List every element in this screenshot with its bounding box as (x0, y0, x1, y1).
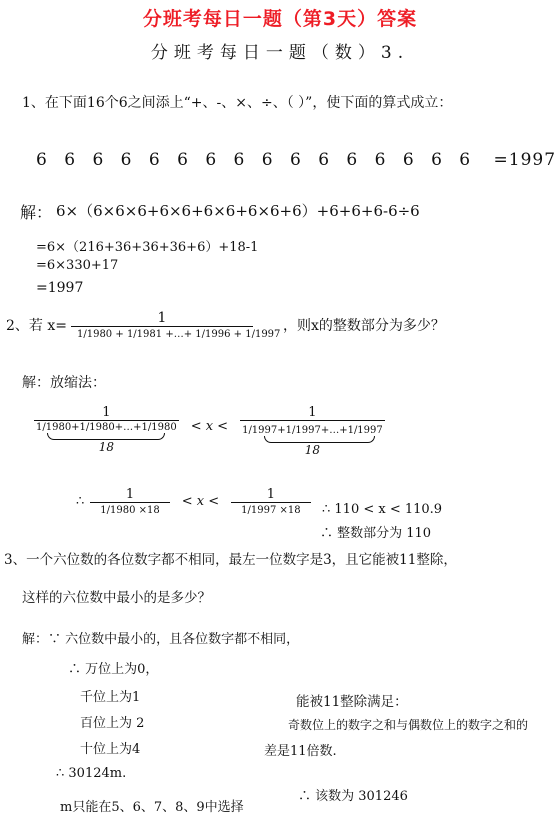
brace (47, 433, 165, 440)
right-bound-fraction: 1 1/1997+1/1997+…+1/1997 18 (240, 405, 385, 457)
rule-line-2: 差是11倍数. (264, 740, 337, 759)
problem2-prefix: 2、若 x= (6, 315, 67, 335)
x-fraction: 1 1/1980 + 1/1981 +…+ 1/1996 + 1/1997 (71, 310, 253, 340)
brace (264, 436, 375, 443)
problem3-question-line1: 3、一个六位数的各位数字都不相同，最左一位数字是3，且它能被11整除， (4, 548, 457, 568)
step-1: ∴ 万位上为0， (68, 658, 158, 677)
inequality-row-2: ∴ 1 1/1980 ×18 < x < 1 1/1997 ×18 (76, 487, 311, 516)
left-bound-fraction: 1 1/1980+1/1980+…+1/1980 18 (34, 405, 179, 454)
rule-title: 能被11整除满足： (296, 690, 408, 710)
problem1-question: 1、在下面16个6之间添上“+、-、×、÷、（ ）”，使下面的算式成立： (22, 92, 452, 112)
problem2-statement: 2、若 x= 1 1/1980 + 1/1981 +…+ 1/1996 + 1/… (6, 310, 445, 340)
problem2-solution-label: 解：放缩法： (22, 372, 106, 392)
brace-count: 18 (305, 443, 320, 457)
solution-line-2: =6×（216+36+36+36+6）+18-1 (36, 236, 258, 255)
problem3-question-line2: 这样的六位数中最小的是多少？ (22, 586, 211, 606)
step-6: m只能在5、6、7、8、9中选择 (60, 796, 244, 815)
equals-1997: =1997 (494, 150, 557, 170)
problem1-solution-label: 解： (20, 200, 52, 223)
inequality-row-1: 1 1/1980+1/1980+…+1/1980 18 < x < 1 1/19… (34, 405, 385, 457)
inequality-middle: < x < (191, 419, 228, 434)
step-3: 百位上为 2 (80, 712, 144, 731)
conclusion-range: ∴ 110 < x < 110.9 (322, 502, 442, 517)
denominator: 1/1980 + 1/1981 +…+ 1/1996 + 1/1997 (71, 326, 253, 340)
final-answer: ∴ 该数为 301246 (298, 785, 408, 804)
rule-line-1: 奇数位上的数字之和与偶数位上的数字之和的 (288, 716, 528, 733)
step-4: 十位上为4 (80, 738, 140, 757)
problem3-solution-label: 解：∵ 六位数中最小的，且各位数字都不相同， (22, 628, 299, 647)
right-bound-den: 1/1997+1/1997+…+1/1997 (240, 420, 385, 436)
problem1-sixes-row: 6 6 6 6 6 6 6 6 6 6 6 6 6 6 6 6 =1997 (36, 150, 556, 170)
step-2: 千位上为1 (80, 686, 140, 705)
solution-line-4: =1997 (36, 280, 83, 296)
problem2-suffix: ，则x的整数部分为多少？ (283, 315, 445, 335)
left-bound-den: 1/1980+1/1980+…+1/1980 (34, 420, 179, 433)
solution-line-1: 6×（6×6×6+6×6+6×6+6×6+6）+6+6+6-6÷6 (56, 200, 420, 221)
step-5: ∴ 30124m. (56, 766, 126, 781)
page-title: 分班考每日一题（第3天）答案 (0, 4, 560, 31)
numerator: 1 (156, 310, 169, 326)
sixes-sequence: 6 6 6 6 6 6 6 6 6 6 6 6 6 6 6 6 (36, 150, 471, 170)
conclusion-integer-part: ∴ 整数部分为 110 (320, 522, 431, 541)
brace-count: 18 (99, 440, 114, 454)
solution-line-3: =6×330+17 (36, 258, 118, 273)
handwritten-subtitle: 分班考每日一题（数）3. (0, 38, 560, 63)
